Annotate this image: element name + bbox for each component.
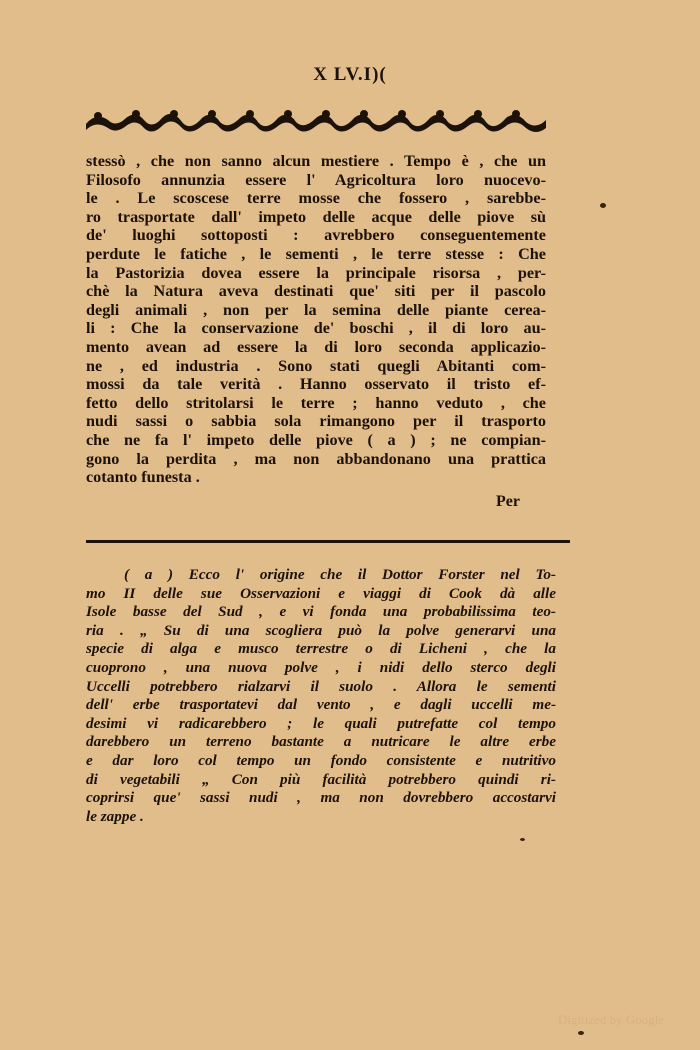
footnote-line: di vegetabili „ Con più facilità potrebb… — [86, 771, 556, 790]
text-line: perdute le fatiche , le sementi , le ter… — [86, 245, 546, 264]
footnote-divider-rule — [86, 540, 570, 543]
fleuron-ornament-band — [86, 106, 546, 136]
text-line: degli animali , non per la semina delle … — [86, 301, 546, 320]
catchword: Per — [496, 493, 520, 511]
text-line: gono la perdita , ma non abbandonano una… — [86, 450, 546, 469]
footnote-line: le zappe . — [86, 808, 556, 827]
footnote-line: desimi vi radicarebbero ; le quali putre… — [86, 715, 556, 734]
footnote-line: Uccelli potrebbero rialzarvi il suolo . … — [86, 678, 556, 697]
footnote-line: darebbero un terreno bastante a nutricar… — [86, 733, 556, 752]
text-line: che ne fa l' impeto delle piove ( a ) ; … — [86, 431, 546, 450]
footnote-line: coprirsi que' sassi nudi , ma non dovreb… — [86, 789, 556, 808]
text-line: cotanto funesta . — [86, 468, 546, 487]
main-text-block: stessò , che non sanno alcun mestiere . … — [86, 152, 546, 487]
footnote-line: e dar loro col tempo un fondo consistent… — [86, 752, 556, 771]
text-line: le . Le scoscese terre mosse che fossero… — [86, 189, 546, 208]
footnote-line: ria . „ Su di una scogliera può la polve… — [86, 622, 556, 641]
footnote-line: specie di alga e musco terrestre o di Li… — [86, 640, 556, 659]
text-line: chè la Natura aveva destinati que' siti … — [86, 282, 546, 301]
text-line: li : Che la conservazione de' boschi , i… — [86, 319, 546, 338]
text-line: ro trasportate dall' impeto delle acque … — [86, 208, 546, 227]
digitization-watermark: Digitized by Google — [558, 1012, 664, 1028]
text-line: stessò , che non sanno alcun mestiere . … — [86, 152, 546, 171]
footnote-block: ( a ) Ecco l' origine che il Dottor Fors… — [86, 566, 556, 826]
ink-speck — [578, 1031, 584, 1035]
footnote-line: ( a ) Ecco l' origine che il Dottor Fors… — [86, 566, 556, 585]
text-line: mento avean ad essere la di loro seconda… — [86, 338, 546, 357]
ink-speck — [600, 203, 606, 208]
ink-speck — [520, 838, 525, 841]
footnote-line: cuoprono , una nuova polve , i nidi dell… — [86, 659, 556, 678]
text-line: nudi sassi o sabbia sola rimangono per i… — [86, 412, 546, 431]
text-line: la Pastorizia dovea essere la principale… — [86, 264, 546, 283]
text-line: fetto dello stritolarsi le terre ; hanno… — [86, 394, 546, 413]
footnote-line: Isole basse del Sud , e vi fonda una pro… — [86, 603, 556, 622]
footnote-line: mo II delle sue Osservazioni e viaggi di… — [86, 585, 556, 604]
text-line: de' luoghi sottoposti : avrebbero conseg… — [86, 226, 546, 245]
text-line: ne , ed industria . Sono stati quegli Ab… — [86, 357, 546, 376]
page-header: X LV.I)( — [0, 64, 700, 86]
footnote-line: dell' erbe trasportatevi dal vento , e d… — [86, 696, 556, 715]
text-line: mossi da tale verità . Hanno osservato i… — [86, 375, 546, 394]
text-line: Filosofo annunzia essere l' Agricoltura … — [86, 171, 546, 190]
